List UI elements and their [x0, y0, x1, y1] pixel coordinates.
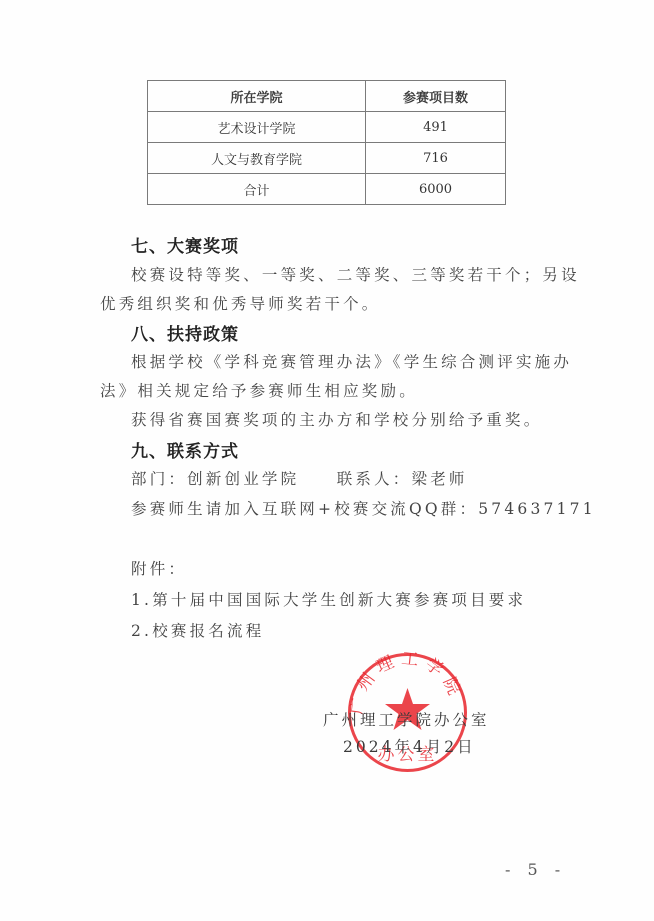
- paragraph-line: 校赛设特等奖、一等奖、二等奖、三等奖若干个；另设: [131, 263, 580, 285]
- paragraph-line: 优秀组织奖和优秀导师奖若干个。: [100, 292, 381, 314]
- contact-department-line: 部门：创新创业学院 联系人：梁老师: [131, 467, 468, 489]
- attachment-item: 2.校赛报名流程: [131, 619, 264, 641]
- document-page: 所在学院 参赛项目数 艺术设计学院 491 人文与教育学院 716 合计 600…: [0, 0, 654, 921]
- projects-table: 所在学院 参赛项目数 艺术设计学院 491 人文与教育学院 716 合计 600…: [147, 80, 506, 205]
- signature-organization: 广州理工学院办公室: [323, 708, 490, 730]
- table-row: 艺术设计学院 491: [148, 112, 506, 143]
- column-header-project-count: 参赛项目数: [366, 81, 506, 112]
- table-row: 人文与教育学院 716: [148, 143, 506, 174]
- table-cell-college: 艺术设计学院: [148, 112, 366, 143]
- table-cell-college: 人文与教育学院: [148, 143, 366, 174]
- table-cell-total-value: 6000: [366, 174, 506, 205]
- contact-qq-line: 参赛师生请加入互联网+校赛交流QQ群：574637171: [131, 497, 596, 519]
- signature-date: 2024年4月2日: [343, 735, 476, 757]
- attachments-label: 附件：: [131, 557, 187, 579]
- table-cell-count: 716: [366, 143, 506, 174]
- page-number: - 5 -: [505, 860, 566, 879]
- paragraph-line: 获得省赛国赛奖项的主办方和学校分别给予重奖。: [131, 408, 542, 430]
- table-header-row: 所在学院 参赛项目数: [148, 81, 506, 112]
- attachment-item: 1.第十届中国国际大学生创新大赛参赛项目要求: [131, 588, 526, 610]
- paragraph-line: 法》相关规定给予参赛师生相应奖励。: [100, 379, 418, 401]
- table-row-total: 合计 6000: [148, 174, 506, 205]
- column-header-college: 所在学院: [148, 81, 366, 112]
- section-heading-contact: 九、联系方式: [131, 437, 239, 462]
- section-heading-support: 八、扶持政策: [131, 320, 239, 345]
- section-heading-awards: 七、大赛奖项: [131, 232, 239, 257]
- table-cell-total-label: 合计: [148, 174, 366, 205]
- table-cell-count: 491: [366, 112, 506, 143]
- paragraph-line: 根据学校《学科竞赛管理办法》《学生综合测评实施办: [131, 350, 572, 372]
